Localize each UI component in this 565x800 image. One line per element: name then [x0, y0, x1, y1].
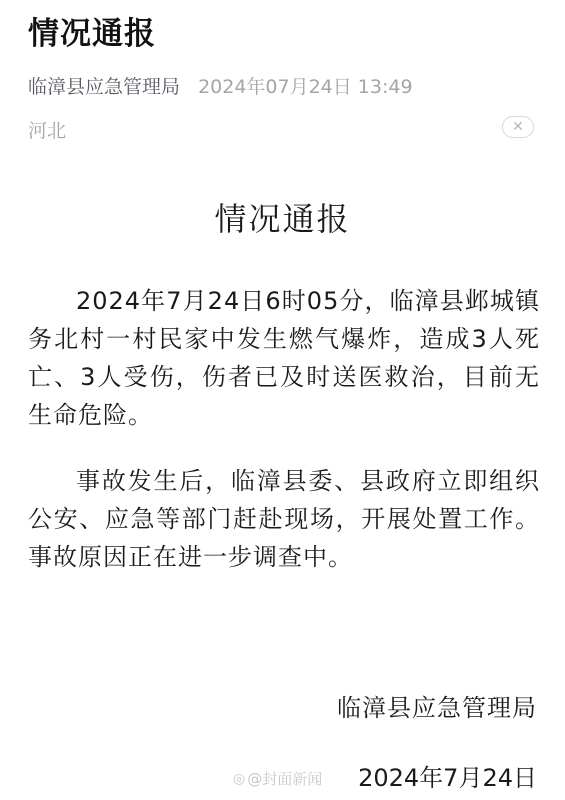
publish-datetime: 2024年07月24日 13:49 — [198, 76, 413, 98]
close-icon: ✕ — [512, 119, 524, 135]
close-button[interactable]: ✕ — [502, 116, 534, 138]
page-title: 情况通报 — [28, 8, 156, 53]
document-paragraph: 2024年7月24日6时05分，临漳县邺城镇务北村一村民家中发生燃气爆炸，造成3… — [28, 282, 540, 434]
document-signature: 临漳县应急管理局 — [337, 688, 537, 723]
document-title: 情况通报 — [0, 194, 565, 240]
watermark: ◎ @封面新闻 — [233, 768, 322, 789]
document-sign-date: 2024年7月24日 — [358, 758, 537, 793]
watermark-text: @封面新闻 — [247, 768, 322, 789]
source-name[interactable]: 临漳县应急管理局 — [28, 76, 180, 98]
post-meta: 临漳县应急管理局 2024年07月24日 13:49 — [28, 72, 413, 99]
weibo-icon: ◎ — [233, 771, 245, 787]
document-paragraph: 事故发生后，临漳县委、县政府立即组织公安、应急等部门赶赴现场，开展处置工作。事故… — [28, 462, 540, 576]
region-label: 河北 — [28, 116, 66, 143]
